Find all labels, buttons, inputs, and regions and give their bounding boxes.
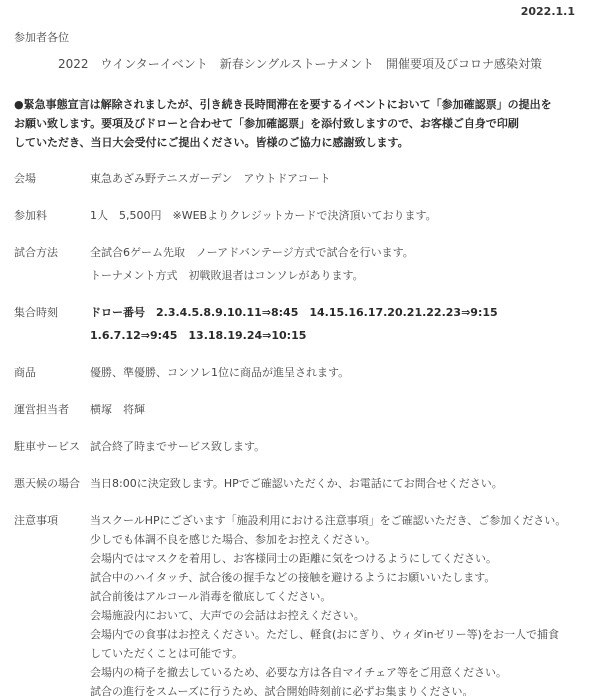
section-value: 当日8:00に決定致します。HPでご確認いただくか、お電話にてお問合せください。 <box>90 476 600 492</box>
document-page: 2022.1.1 参加者各位 2022 ウインターイベント 新春シングルストーナ… <box>0 0 600 696</box>
section-label: 試合方法 <box>0 245 90 261</box>
section-value-line: 会場内ではマスクを着用し、お客様同士の距離に気をつけるようにしてください。 <box>90 551 600 567</box>
section-value-line: ドロー番号 2.3.4.5.8.9.10.11⇒8:45 14.15.16.17… <box>90 305 600 321</box>
section-value-line: していただくことは可能です。 <box>90 646 600 662</box>
section-row: 参加料 1人 5,500円 ※WEBよりクレジットカードで決済頂いております。 <box>0 208 600 224</box>
section-label: 悪天候の場合 <box>0 476 90 492</box>
section-value: ドロー番号 2.3.4.5.8.9.10.11⇒8:45 14.15.16.17… <box>90 305 600 344</box>
section-value: 1人 5,500円 ※WEBよりクレジットカードで決済頂いております。 <box>90 208 600 224</box>
section-label: 参加料 <box>0 208 90 224</box>
intro-line: お願い致します。要項及びドローと合わせて「参加確認票」を添付致しますので、お客様… <box>14 114 600 133</box>
section-value: 当スクールHPにございます「施設利用における注意事項」をご確認いただき、ご参加く… <box>90 513 600 696</box>
section-value: 試合終了時までサービス致します。 <box>90 439 600 455</box>
section-value-line: 試合の進行をスムーズに行うため、試合開始時刻前に必ずお集まりください。 <box>90 684 600 696</box>
section-value: 優勝、準優勝、コンソレ1位に商品が進呈されます。 <box>90 365 600 381</box>
section-label: 会場 <box>0 171 90 187</box>
document-date: 2022.1.1 <box>0 4 600 19</box>
section-value-line: 当日8:00に決定致します。HPでご確認いただくか、お電話にてお問合せください。 <box>90 476 600 492</box>
section-value-line: 会場内の椅子を撤去しているため、必要な方は各自マイチェア等をご用意ください。 <box>90 665 600 681</box>
section-label: 駐車サービス <box>0 439 90 455</box>
section-value-line: 少しでも体調不良を感じた場合、参加をお控えください。 <box>90 532 600 548</box>
section-row: 駐車サービス 試合終了時までサービス致します。 <box>0 439 600 455</box>
section-row: 会場 東急あざみ野テニスガーデン アウトドアコート <box>0 171 600 187</box>
section-row: 商品 優勝、準優勝、コンソレ1位に商品が進呈されます。 <box>0 365 600 381</box>
section-value-line: 1人 5,500円 ※WEBよりクレジットカードで決済頂いております。 <box>90 208 600 224</box>
section-value-line: 横塚 将輝 <box>90 402 600 418</box>
addressee-text: 参加者各位 <box>0 30 600 45</box>
section-row: 運営担当者 横塚 将輝 <box>0 402 600 418</box>
document-title: 2022 ウインターイベント 新春シングルストーナメント 開催要項及びコロナ感染… <box>0 57 600 72</box>
section-value-line: 優勝、準優勝、コンソレ1位に商品が進呈されます。 <box>90 365 600 381</box>
section-row: 試合方法 全試合6ゲーム先取 ノーアドバンテージ方式で試合を行います。トーナメン… <box>0 245 600 284</box>
section-label: 集合時刻 <box>0 305 90 321</box>
section-value-line: 試合前後はアルコール消毒を徹底してください。 <box>90 589 600 605</box>
section-value: 横塚 将輝 <box>90 402 600 418</box>
section-row: 悪天候の場合 当日8:00に決定致します。HPでご確認いただくか、お電話にてお問… <box>0 476 600 492</box>
section-value-line: 試合終了時までサービス致します。 <box>90 439 600 455</box>
section-label: 運営担当者 <box>0 402 90 418</box>
section-value: 東急あざみ野テニスガーデン アウトドアコート <box>90 171 600 187</box>
section-value-line: 当スクールHPにございます「施設利用における注意事項」をご確認いただき、ご参加く… <box>90 513 600 529</box>
section-value-line: 東急あざみ野テニスガーデン アウトドアコート <box>90 171 600 187</box>
section-value-line: 会場内での食事はお控えください。ただし、軽食(おにぎり、ウィダinゼリー等)をお… <box>90 627 600 643</box>
section-label: 商品 <box>0 365 90 381</box>
section-value-line: 全試合6ゲーム先取 ノーアドバンテージ方式で試合を行います。 <box>90 245 600 261</box>
intro-line: していただき、当日大会受付にご提出ください。皆様のご協力に感謝致します。 <box>14 133 600 152</box>
section-row: 注意事項 当スクールHPにございます「施設利用における注意事項」をご確認いただき… <box>0 513 600 696</box>
intro-line: ●緊急事態宣言は解除されましたが、引き続き長時間滞在を要するイベントにおいて「参… <box>14 95 600 114</box>
section-value-line: 試合中のハイタッチ、試合後の握手などの接触を避けるようにお願いいたします。 <box>90 570 600 586</box>
section-value-line: トーナメント方式 初戦敗退者はコンソレがあります。 <box>90 268 600 284</box>
section-value: 全試合6ゲーム先取 ノーアドバンテージ方式で試合を行います。トーナメント方式 初… <box>90 245 600 284</box>
sections: 会場 東急あざみ野テニスガーデン アウトドアコート 参加料 1人 5,500円 … <box>0 171 600 696</box>
section-value-line: 1.6.7.12⇒9:45 13.18.19.24⇒10:15 <box>90 328 600 344</box>
intro-paragraph: ●緊急事態宣言は解除されましたが、引き続き長時間滞在を要するイベントにおいて「参… <box>0 95 600 152</box>
section-value-line: 会場施設内において、大声での会話はお控えください。 <box>90 608 600 624</box>
section-label: 注意事項 <box>0 513 90 529</box>
section-row: 集合時刻 ドロー番号 2.3.4.5.8.9.10.11⇒8:45 14.15.… <box>0 305 600 344</box>
